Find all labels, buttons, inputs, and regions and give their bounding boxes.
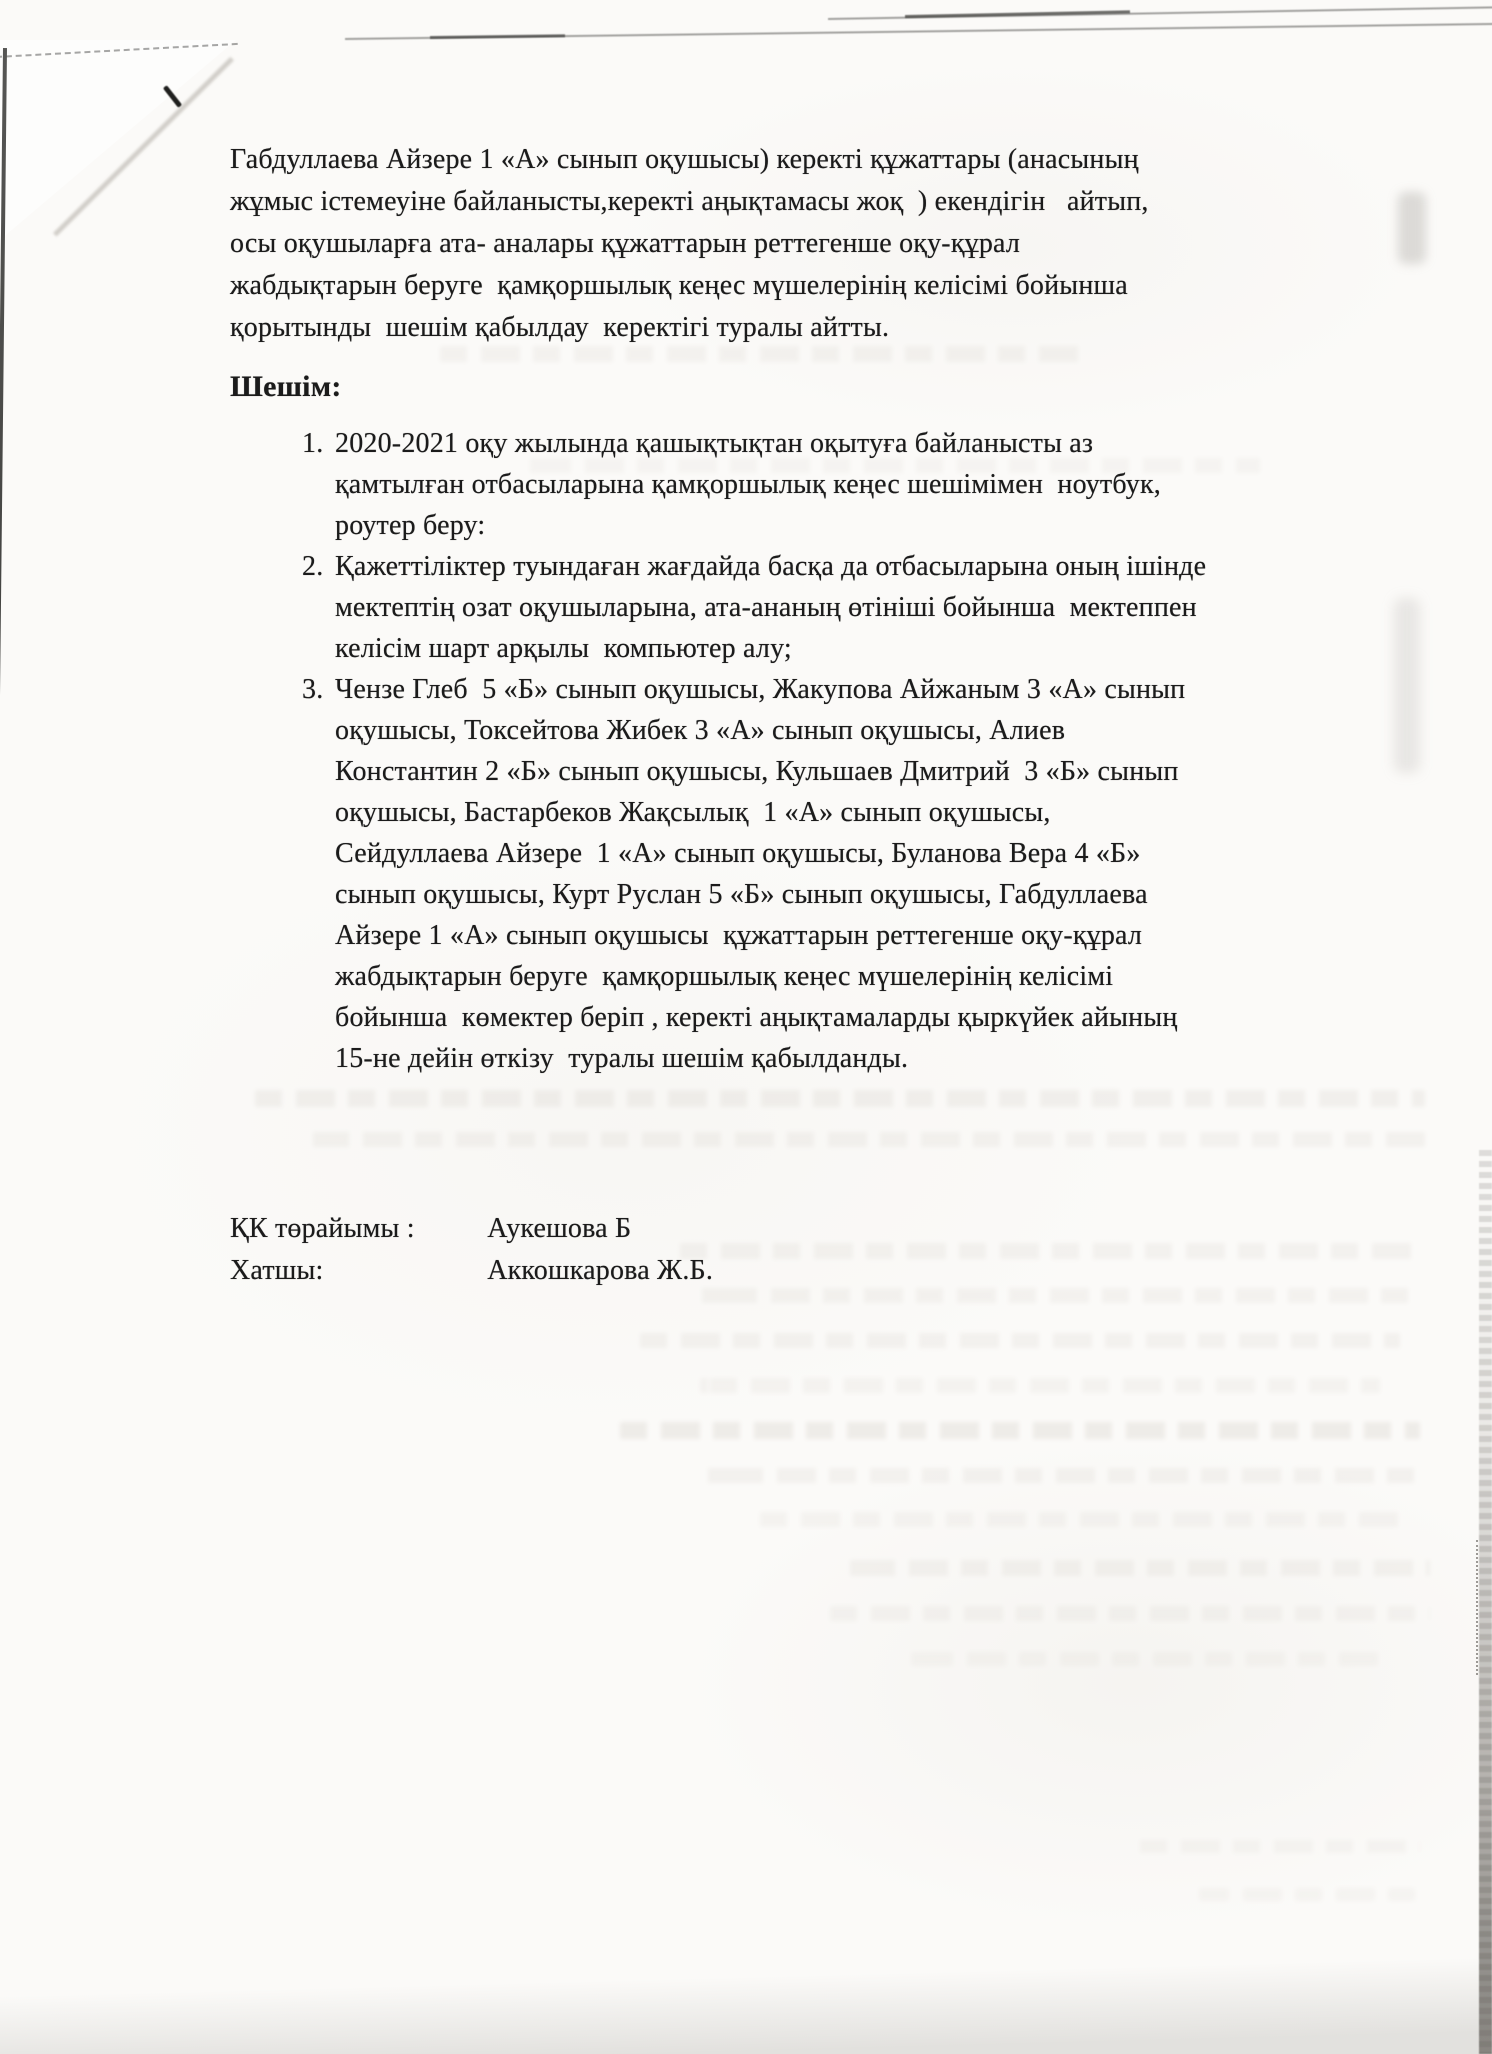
right-dotted-edge xyxy=(1476,1540,1478,1675)
decision-heading: Шешім: xyxy=(230,365,1170,409)
right-scan-edge-strip xyxy=(1479,1150,1492,2054)
item-text: Чензе Глеб 5 «Б» сынып оқушысы, Жакупова… xyxy=(335,669,1185,1079)
top-scan-line-dark-segment xyxy=(430,34,565,39)
text-line: келісім шарт арқылы компьютер алу; xyxy=(335,628,1206,669)
text-line: қорытынды шешім қабылдау керектігі турал… xyxy=(230,307,1170,349)
folded-corner-highlight xyxy=(0,40,236,240)
bleed-through-artifact xyxy=(680,1243,1420,1259)
decision-list: 1. 2020-2021 оқу жылында қашықтықтан оқы… xyxy=(230,423,1170,1079)
bleed-through-artifact xyxy=(700,1468,1420,1483)
text-line: бойынша көмектер беріп , керекті аңықтам… xyxy=(335,997,1185,1038)
bottom-scan-shadow xyxy=(0,1944,1492,2054)
document-body: Габдуллаева Айзере 1 «А» сынып оқушысы) … xyxy=(230,139,1170,1079)
bleed-through-artifact xyxy=(300,1132,1425,1147)
text-line: қамтылған отбасыларына қамқоршылық кеңес… xyxy=(335,464,1161,505)
bleed-through-artifact xyxy=(850,1560,1430,1576)
bleed-through-artifact xyxy=(1140,1840,1420,1853)
signature-name: Аккошкарова Ж.Б. xyxy=(487,1255,713,1286)
bleed-through-artifact xyxy=(1190,1888,1420,1901)
right-smudge-artifact xyxy=(1394,598,1420,773)
right-smudge-artifact xyxy=(1398,192,1426,264)
decision-item-3: 3. Чензе Глеб 5 «Б» сынып оқушысы, Жакуп… xyxy=(230,669,1170,1079)
text-line: Константин 2 «Б» сынып оқушысы, Кульшаев… xyxy=(335,751,1185,792)
item-number: 3. xyxy=(302,669,335,1079)
bleed-through-artifact xyxy=(700,1378,1380,1393)
decision-item-1: 1. 2020-2021 оқу жылында қашықтықтан оқы… xyxy=(230,423,1170,546)
text-line: Қажеттіліктер туындаған жағдайда басқа д… xyxy=(335,546,1206,587)
text-line: сынып оқушысы, Курт Руслан 5 «Б» сынып о… xyxy=(335,874,1185,915)
text-line: Айзере 1 «А» сынып оқушысы құжаттарын ре… xyxy=(335,915,1185,956)
left-scan-edge-line xyxy=(0,48,7,2054)
text-line: 15-не дейін өткізу туралы шешім қабылдан… xyxy=(335,1038,1185,1079)
item-number: 1. xyxy=(302,423,335,546)
intro-paragraph: Габдуллаева Айзере 1 «А» сынып оқушысы) … xyxy=(230,139,1170,349)
bleed-through-artifact xyxy=(900,1652,1380,1666)
bleed-through-artifact xyxy=(255,1090,1425,1107)
text-line: оқушысы, Токсейтова Жибек 3 «А» сынып оқ… xyxy=(335,710,1185,751)
text-line: 2020-2021 оқу жылында қашықтықтан оқытуғ… xyxy=(335,423,1161,464)
bleed-through-artifact xyxy=(830,1606,1430,1621)
top-scan-line-upper xyxy=(828,6,1492,20)
text-line: оқушысы, Бастарбеков Жақсылық 1 «А» сыны… xyxy=(335,792,1185,833)
signature-row-secretary: Хатшы: Аккошкарова Ж.Б. xyxy=(230,1250,713,1292)
bleed-through-artifact xyxy=(640,1333,1400,1348)
item-text: 2020-2021 оқу жылында қашықтықтан оқытуғ… xyxy=(335,423,1161,546)
bleed-through-artifact xyxy=(700,1288,1420,1303)
signature-name: Аукешова Б xyxy=(487,1213,631,1244)
text-line: Сейдуллаева Айзере 1 «А» сынып оқушысы, … xyxy=(335,833,1185,874)
text-line: мектептің озат оқушыларына, ата-ананың ө… xyxy=(335,587,1206,628)
item-number: 2. xyxy=(302,546,335,669)
signature-row-chairwoman: ҚК төрайымы : Аукешова Б xyxy=(230,1208,713,1250)
bleed-through-artifact xyxy=(620,1422,1420,1439)
item-text: Қажеттіліктер туындаған жағдайда басқа д… xyxy=(335,546,1206,669)
signature-role: ҚК төрайымы : xyxy=(230,1208,480,1250)
text-line: жабдықтарын беруге қамқоршылық кеңес мүш… xyxy=(335,956,1185,997)
decision-item-2: 2. Қажеттіліктер туындаған жағдайда басқ… xyxy=(230,546,1170,669)
scanned-document-page: Габдуллаева Айзере 1 «А» сынып оқушысы) … xyxy=(0,0,1492,2054)
text-line: жабдықтарын беруге қамқоршылық кеңес мүш… xyxy=(230,265,1170,307)
text-line: Чензе Глеб 5 «Б» сынып оқушысы, Жакупова… xyxy=(335,669,1185,710)
text-line: осы оқушыларға ата- аналары құжаттарын р… xyxy=(230,223,1170,265)
signature-block: ҚК төрайымы : Аукешова Б Хатшы: Аккошкар… xyxy=(230,1208,713,1292)
text-line: жұмыс істемеуіне байланысты,керекті аңық… xyxy=(230,181,1170,223)
text-line: Габдуллаева Айзере 1 «А» сынып оқушысы) … xyxy=(230,139,1170,181)
bleed-through-artifact xyxy=(760,1512,1410,1527)
text-line: роутер беру: xyxy=(335,505,1161,546)
signature-role: Хатшы: xyxy=(230,1250,480,1292)
